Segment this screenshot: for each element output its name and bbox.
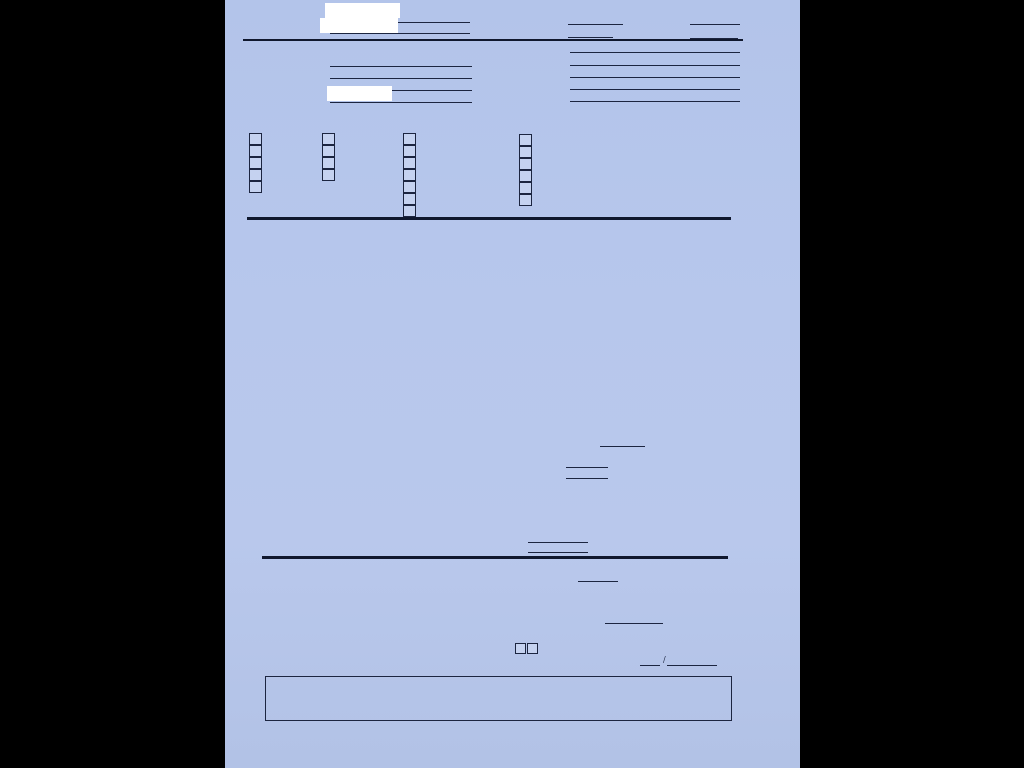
nostorakenne-checkbox[interactable] [403,133,416,145]
footer-box [265,676,732,721]
alusta-checkbox[interactable] [322,169,335,181]
alusta-checkbox[interactable] [322,133,335,145]
redacted-responsible [327,86,392,101]
redacted-signature [325,3,400,18]
alusta-checkbox[interactable] [322,145,335,157]
nostorakenne-checkbox[interactable] [403,205,416,217]
nostorakenne-checkbox[interactable] [403,181,416,193]
nostotuet-checkbox[interactable] [519,134,532,146]
nostorakenne-checkbox[interactable] [403,145,416,157]
nostorakenne-checkbox[interactable] [403,193,416,205]
service-k-checkbox[interactable] [515,643,526,654]
nostotuet-checkbox[interactable] [519,194,532,206]
alusta-checkbox[interactable] [322,157,335,169]
service-e-checkbox[interactable] [527,643,538,654]
nostotuet-checkbox[interactable] [519,170,532,182]
nostorakenne-checkbox[interactable] [403,169,416,181]
nostorakenne-checkbox[interactable] [403,157,416,169]
kuvaus-checkbox[interactable] [249,133,262,145]
inspection-form-paper [225,0,800,768]
kuvaus-checkbox[interactable] [249,181,262,193]
kuvaus-checkbox[interactable] [249,145,262,157]
redacted-name [320,18,398,33]
kuvaus-checkbox[interactable] [249,169,262,181]
nostotuet-checkbox[interactable] [519,158,532,170]
kuvaus-checkbox[interactable] [249,157,262,169]
nostotuet-checkbox[interactable] [519,182,532,194]
nostotuet-checkbox[interactable] [519,146,532,158]
